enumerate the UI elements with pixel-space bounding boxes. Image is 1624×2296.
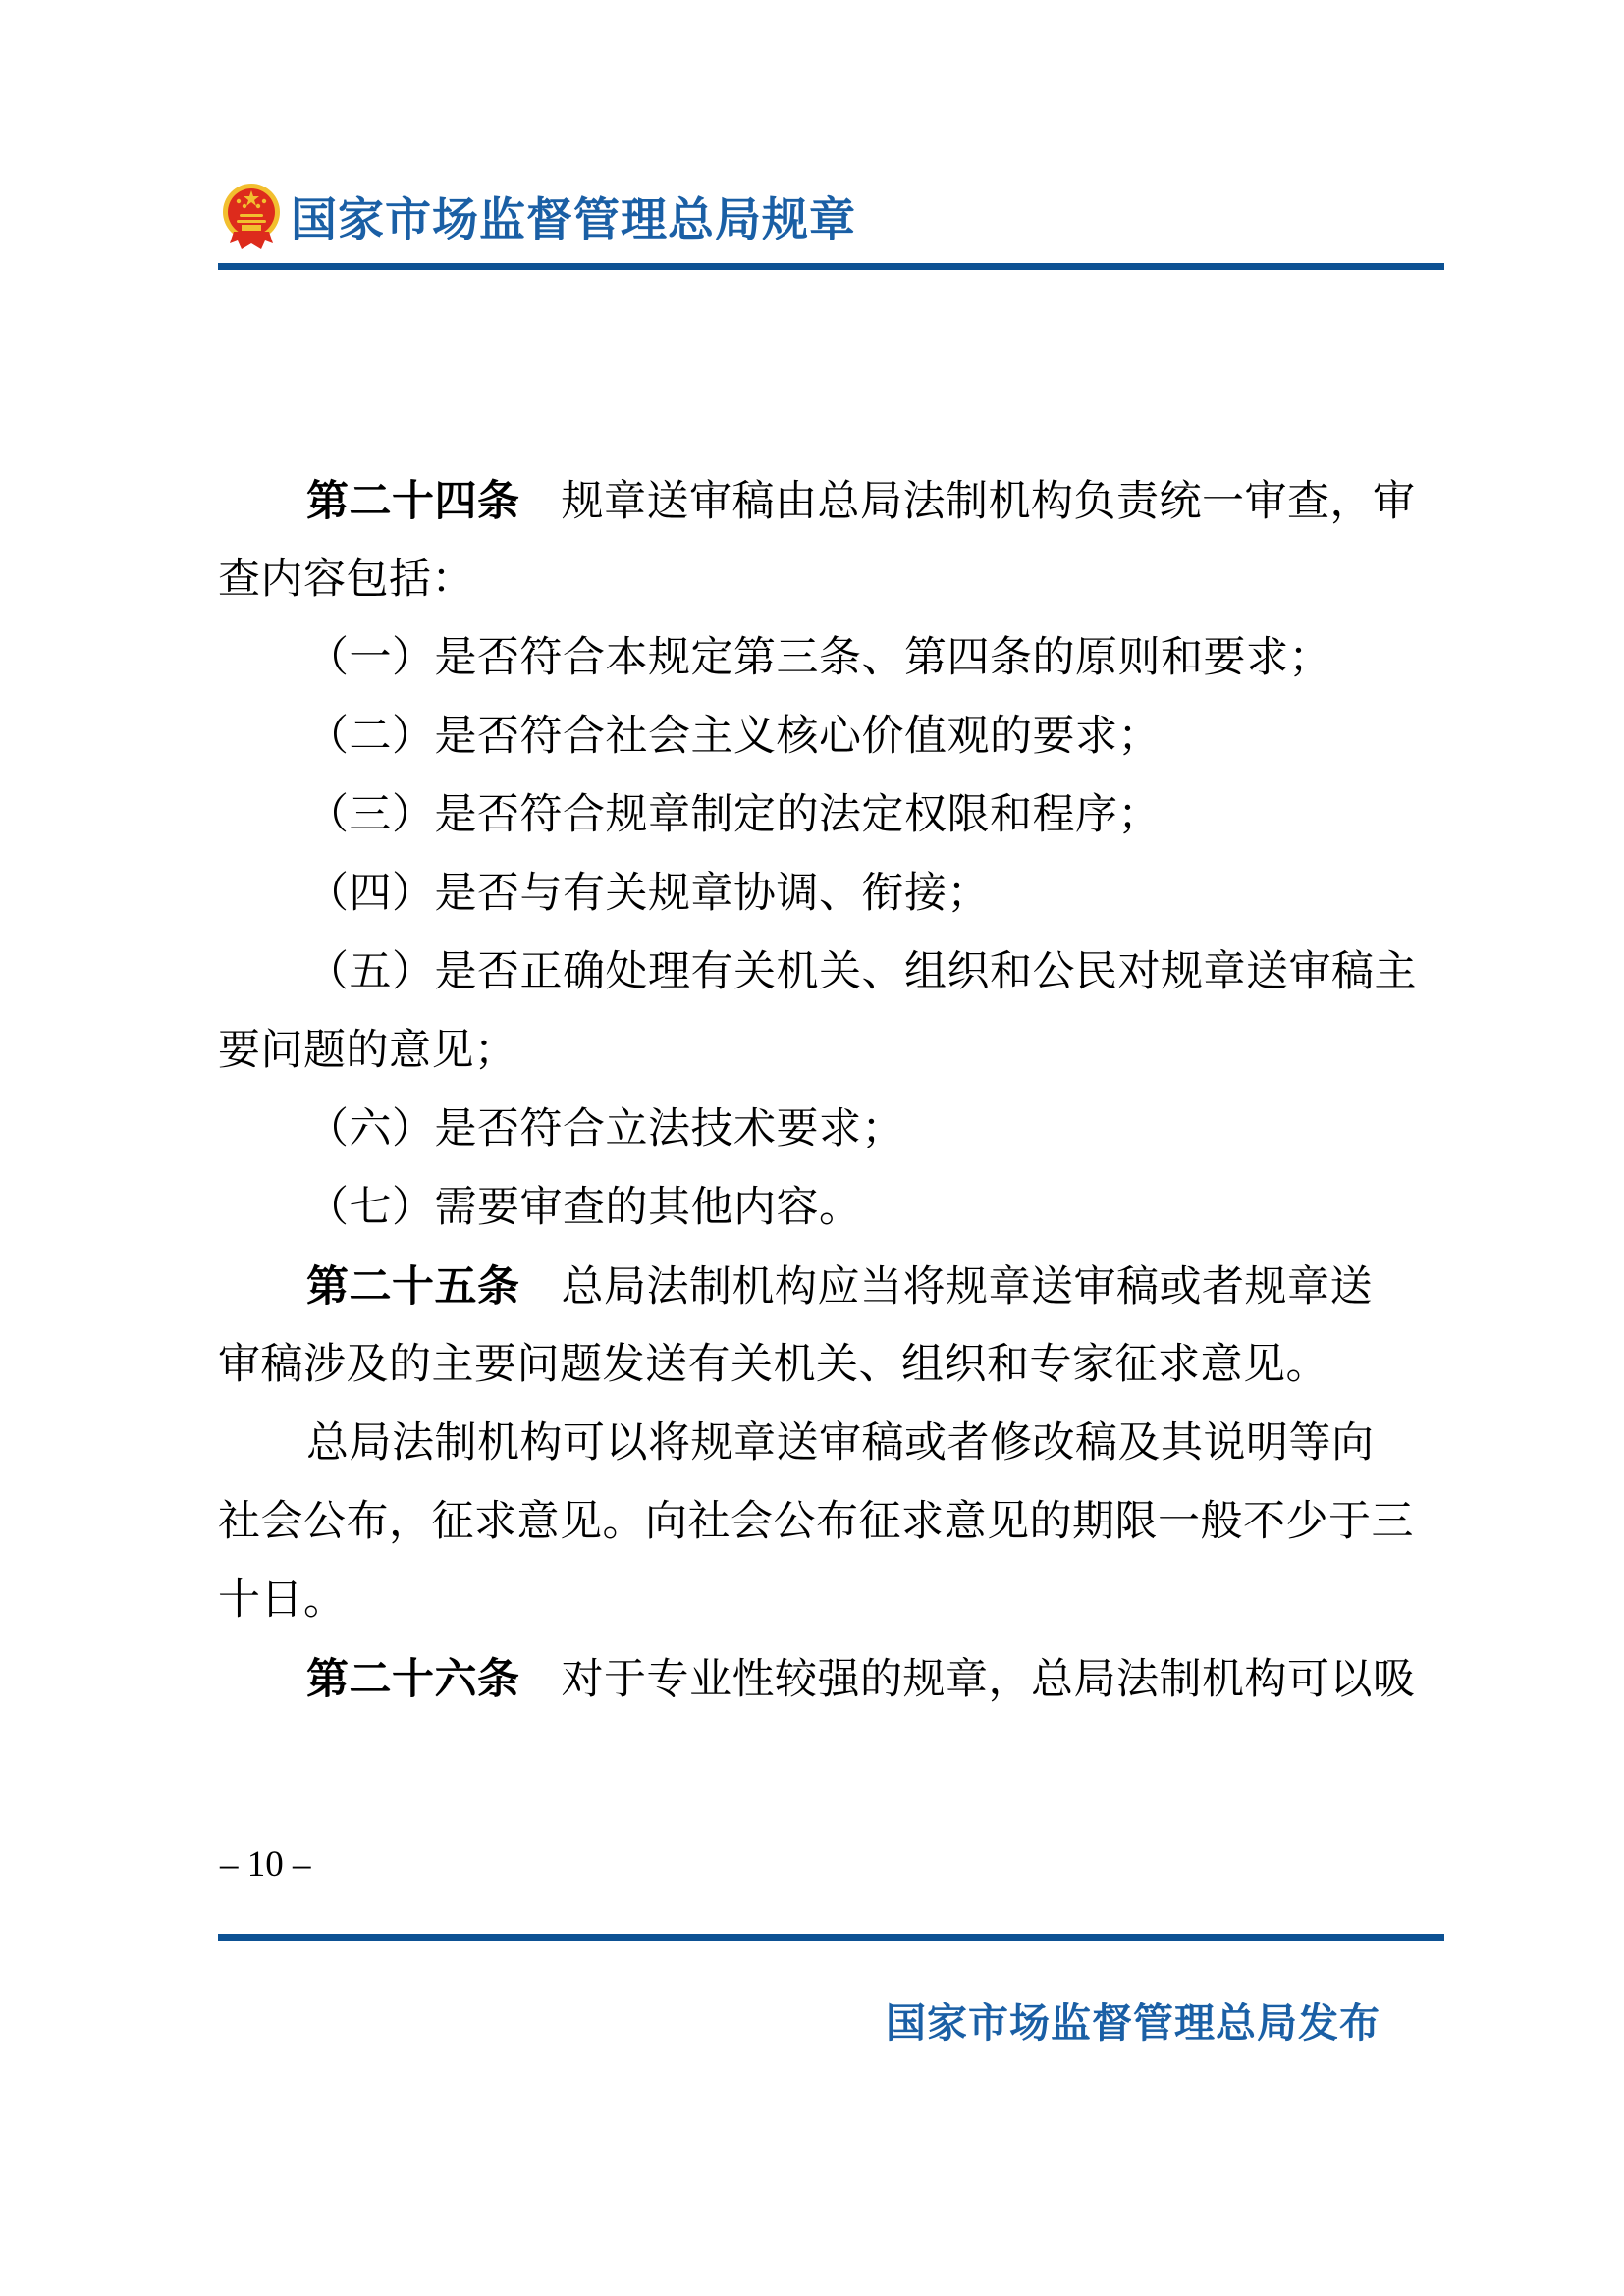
line-text: 总局法制机构可以将规章送审稿或者修改稿及其说明等向: [306, 1420, 1375, 1467]
line-text: 规章送审稿由总局法制机构负责统一审查，审: [562, 479, 1416, 525]
line-text: 查内容包括：: [218, 557, 474, 603]
line-text: （七）需要审查的其他内容。: [306, 1185, 862, 1231]
text-line: 第二十四条规章送审稿由总局法制机构负责统一审查，审: [218, 462, 1422, 541]
national-emblem-icon: [220, 183, 283, 251]
document-body: 第二十四条规章送审稿由总局法制机构负责统一审查，审 查内容包括： （一）是否符合…: [218, 462, 1422, 1719]
text-line: （三）是否符合规章制定的法定权限和程序；: [218, 776, 1422, 855]
text-line: 总局法制机构可以将规章送审稿或者修改稿及其说明等向: [218, 1405, 1422, 1483]
line-text: （四）是否与有关规章协调、衔接；: [306, 871, 990, 917]
article-number: 第二十五条: [306, 1263, 520, 1310]
text-line: 要问题的意见；: [218, 1012, 1422, 1091]
line-text: （五）是否正确处理有关机关、组织和公民对规章送审稿主: [306, 949, 1417, 995]
line-text: 审稿涉及的主要问题发送有关机关、组织和专家征求意见。: [218, 1342, 1328, 1388]
line-text: （三）是否符合规章制定的法定权限和程序；: [306, 792, 1161, 838]
text-line: （二）是否符合社会主义核心价值观的要求；: [218, 698, 1422, 776]
text-line: 审稿涉及的主要问题发送有关机关、组织和专家征求意见。: [218, 1326, 1422, 1405]
page-number: – 10 –: [220, 1843, 311, 1887]
footer-divider: [218, 1934, 1444, 1941]
text-line: （七）需要审查的其他内容。: [218, 1169, 1422, 1248]
line-text: 社会公布，征求意见。向社会公布征求意见的期限一般不少于三: [218, 1499, 1414, 1545]
header-title: 国家市场监督管理总局规章: [291, 190, 856, 249]
line-text: 总局法制机构应当将规章送审稿或者规章送: [562, 1264, 1374, 1310]
publisher-label: 国家市场监督管理总局发布: [886, 1999, 1380, 2048]
text-line: （一）是否符合本规定第三条、第四条的原则和要求；: [218, 619, 1422, 698]
text-line: （六）是否符合立法技术要求；: [218, 1091, 1422, 1169]
text-line: （四）是否与有关规章协调、衔接；: [218, 855, 1422, 934]
line-text: （六）是否符合立法技术要求；: [306, 1106, 904, 1152]
text-line: 社会公布，征求意见。向社会公布征求意见的期限一般不少于三: [218, 1483, 1422, 1562]
text-line: 第二十六条对于专业性较强的规章，总局法制机构可以吸: [218, 1640, 1422, 1719]
text-line: 十日。: [218, 1562, 1422, 1640]
article-number: 第二十六条: [306, 1656, 520, 1703]
text-line: 查内容包括：: [218, 541, 1422, 619]
article-number: 第二十四条: [306, 478, 520, 525]
line-text: 十日。: [218, 1577, 347, 1624]
header-divider: [218, 263, 1444, 270]
text-line: 第二十五条总局法制机构应当将规章送审稿或者规章送: [218, 1248, 1422, 1326]
line-text: 对于专业性较强的规章，总局法制机构可以吸: [562, 1657, 1416, 1703]
line-text: 要问题的意见；: [218, 1028, 517, 1074]
line-text: （二）是否符合社会主义核心价值观的要求；: [306, 714, 1161, 760]
text-line: （五）是否正确处理有关机关、组织和公民对规章送审稿主: [218, 934, 1422, 1012]
document-page: 国家市场监督管理总局规章 第二十四条规章送审稿由总局法制机构负责统一审查，审 查…: [0, 0, 1624, 2296]
line-text: （一）是否符合本规定第三条、第四条的原则和要求；: [306, 635, 1331, 681]
